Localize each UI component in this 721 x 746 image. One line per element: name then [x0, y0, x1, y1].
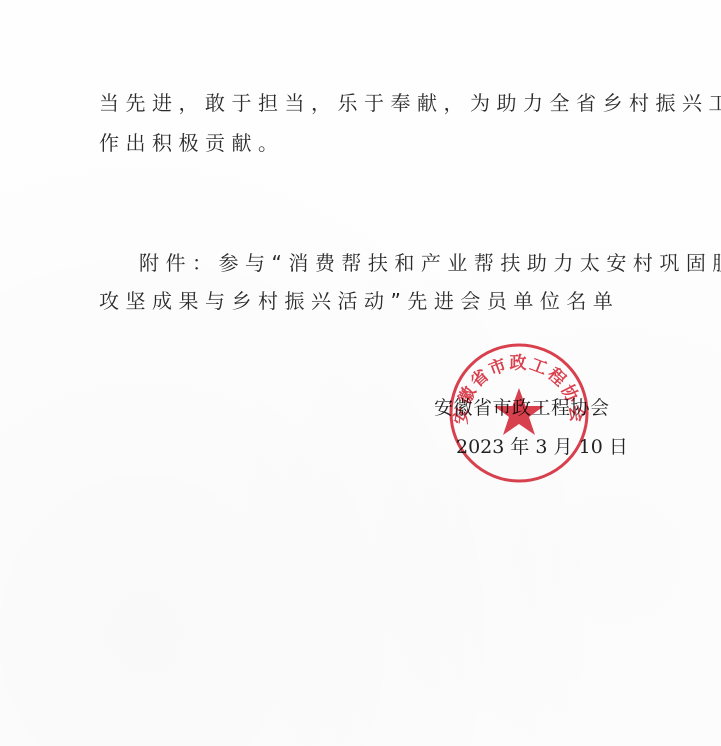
- star-icon: [494, 388, 544, 435]
- official-seal: 安徽省市政工程协会: [448, 342, 590, 484]
- body-text-line-2: 作出积极贡献。: [99, 132, 285, 154]
- document-page: 当先进，敢于担当，乐于奉献，为助力全省乡村振兴工作 作出积极贡献。 附件：参与“…: [0, 0, 721, 746]
- body-text-line-1: 当先进，敢于担当，乐于奉献，为助力全省乡村振兴工作: [99, 92, 721, 114]
- attachment-line-1: 附件：参与“消费帮扶和产业帮扶助力太安村巩固脱贫: [139, 252, 721, 274]
- attachment-line-2: 攻坚成果与乡村振兴活动”先进会员单位名单: [99, 290, 619, 312]
